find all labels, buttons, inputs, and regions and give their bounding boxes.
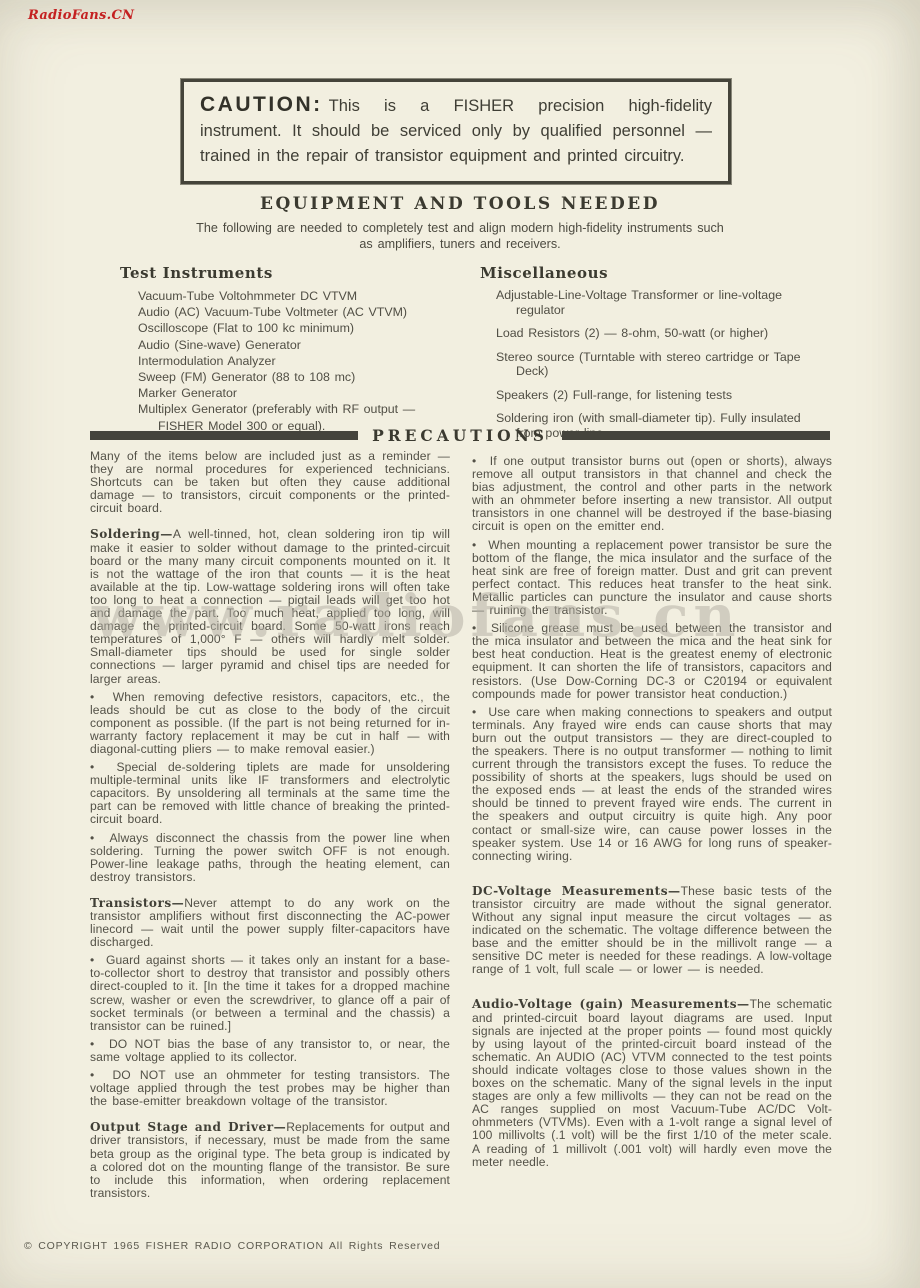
paragraph: DC-Voltage Measurements—These basic test…	[472, 885, 832, 977]
paragraph-lead: DC-Voltage Measurements—	[472, 884, 681, 898]
paragraph: DO NOT use an ohmmeter for testing trans…	[90, 1069, 450, 1108]
caution-label: CAUTION:	[200, 93, 323, 116]
paragraph: If one output transistor burns out (open…	[472, 455, 832, 534]
paragraph: Always disconnect the chassis from the p…	[90, 832, 450, 884]
test-instruments-column: Test Instruments Vacuum-Tube Voltohmmete…	[90, 264, 460, 449]
paragraph: Guard against shorts — it takes only an …	[90, 954, 450, 1033]
paragraph-lead: Audio-Voltage (gain) Measurements—	[472, 997, 750, 1011]
precautions-header: PRECAUTIONS	[90, 426, 830, 445]
precautions-columns: Many of the items below are included jus…	[90, 450, 832, 1200]
paragraph: Audio-Voltage (gain) Measurements—The sc…	[472, 998, 832, 1168]
precautions-left-column: Many of the items below are included jus…	[90, 450, 450, 1200]
paragraph: Output Stage and Driver—Replacements for…	[90, 1121, 450, 1200]
paragraph: Special de-soldering tiplets are made fo…	[90, 761, 450, 826]
list-item: Oscilloscope (Flat to 100 kc minimum)	[138, 320, 460, 336]
equipment-title: EQUIPMENT AND TOOLS NEEDED	[90, 194, 830, 214]
equipment-columns: Test Instruments Vacuum-Tube Voltohmmete…	[90, 264, 830, 449]
list-item: Stereo source (Turntable with stereo car…	[496, 350, 830, 379]
paragraph: DO NOT bias the base of any transistor t…	[90, 1038, 450, 1064]
equipment-subtitle: The following are needed to completely t…	[190, 220, 730, 252]
header-bar-right	[562, 431, 830, 440]
paragraph: When mounting a replacement power transi…	[472, 539, 832, 618]
paragraph: When removing defective resistors, capac…	[90, 691, 450, 756]
precautions-right-column: If one output transistor burns out (open…	[472, 450, 832, 1200]
list-item: Speakers (2) Full-range, for listening t…	[496, 388, 830, 403]
paragraph: Transistors—Never attempt to do any work…	[90, 897, 450, 949]
equipment-section: EQUIPMENT AND TOOLS NEEDED The following…	[90, 194, 830, 449]
paragraph: Silicone grease must be used between the…	[472, 622, 832, 701]
header-bar-left	[90, 431, 358, 440]
paragraph-lead: Transistors—	[90, 896, 184, 910]
paragraph: Soldering—A well-tinned, hot, clean sold…	[90, 528, 450, 685]
miscellaneous-column: Miscellaneous Adjustable-Line-Voltage Tr…	[460, 264, 830, 449]
miscellaneous-heading: Miscellaneous	[460, 264, 830, 282]
paragraph-lead: Output Stage and Driver—	[90, 1120, 286, 1134]
copyright-line: © COPYRIGHT 1965 FISHER RADIO CORPORATIO…	[24, 1240, 440, 1252]
caution-box: CAUTION:This is a FISHER precision high-…	[181, 79, 731, 184]
paragraph: Many of the items below are included jus…	[90, 450, 450, 515]
list-item: Sweep (FM) Generator (88 to 108 mc)	[138, 369, 460, 385]
miscellaneous-list: Adjustable-Line-Voltage Transformer or l…	[460, 288, 830, 440]
list-item: Intermodulation Analyzer	[138, 353, 460, 369]
list-item: Adjustable-Line-Voltage Transformer or l…	[496, 288, 830, 317]
paragraph: Use care when making connections to spea…	[472, 706, 832, 863]
paragraph-lead: Soldering—	[90, 527, 173, 541]
precautions-title: PRECAUTIONS	[358, 426, 562, 445]
list-item: Load Resistors (2) — 8-ohm, 50-watt (or …	[496, 326, 830, 341]
test-instruments-heading: Test Instruments	[90, 264, 460, 282]
list-item: Marker Generator	[138, 385, 460, 401]
list-item: Audio (Sine-wave) Generator	[138, 337, 460, 353]
radiofans-watermark: RadioFans.CN	[28, 8, 134, 23]
manual-page: RadioFans.CN CAUTION:This is a FISHER pr…	[0, 0, 920, 1288]
list-item: Audio (AC) Vacuum-Tube Voltmeter (AC VTV…	[138, 304, 460, 320]
test-instruments-list: Vacuum-Tube Voltohmmeter DC VTVM Audio (…	[90, 288, 460, 434]
list-item: Vacuum-Tube Voltohmmeter DC VTVM	[138, 288, 460, 304]
